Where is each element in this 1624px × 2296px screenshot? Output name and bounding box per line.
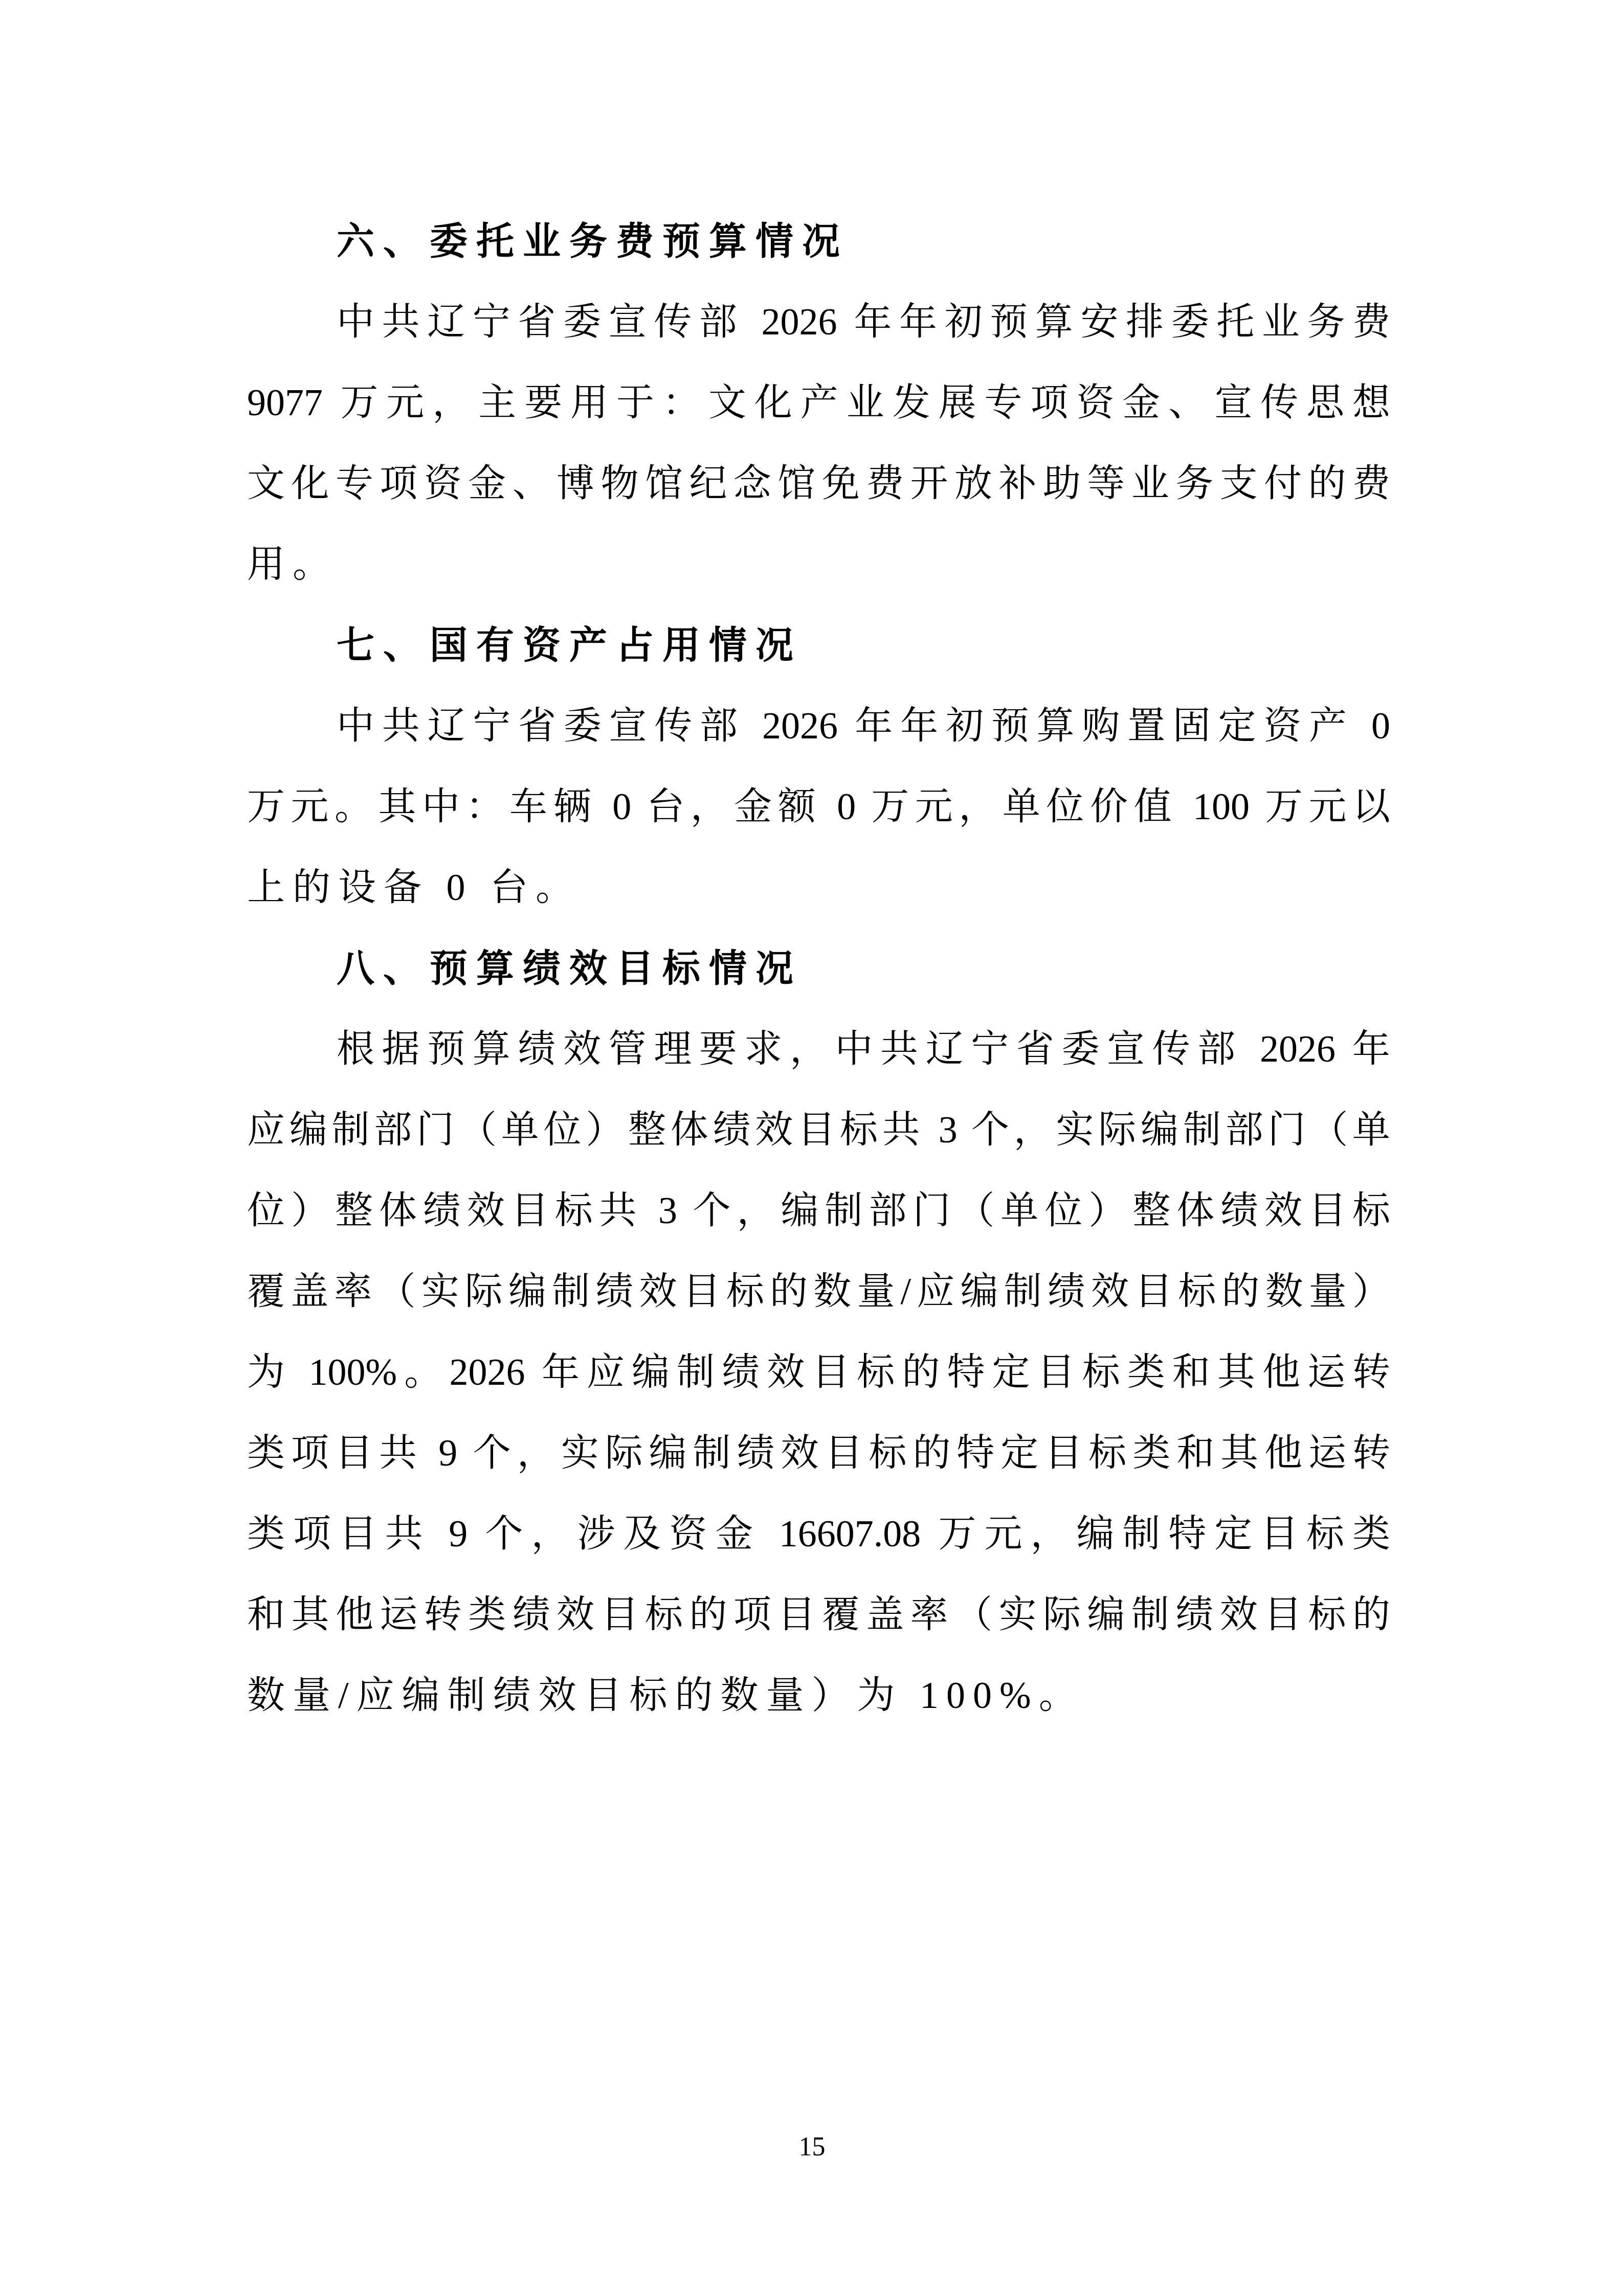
text-line: 根据预算绩效管理要求，中共辽宁省委宣传部 2026 年 (247, 1009, 1390, 1090)
text-line: 文化专项资金、博物馆纪念馆免费开放补助等业务支付的费 (247, 443, 1390, 524)
section-7-heading: 七、国有资产占用情况 (247, 605, 1390, 686)
text-line: 位）整体绩效目标共 3 个，编制部门（单位）整体绩效目标 (247, 1170, 1390, 1251)
text-line: 用。 (247, 524, 1390, 605)
document-page: 六、委托业务费预算情况 中共辽宁省委宣传部 2026 年年初预算安排委托业务费 … (0, 0, 1624, 2296)
text-line: 万元。其中：车辆 0 台，金额 0 万元，单位价值 100 万元以 (247, 767, 1390, 847)
text-line: 应编制部门（单位）整体绩效目标共 3 个，实际编制部门（单 (247, 1090, 1390, 1170)
text-line: 中共辽宁省委宣传部 2026 年年初预算安排委托业务费 (247, 282, 1390, 363)
text-line: 数量/应编制绩效目标的数量）为 100%。 (247, 1655, 1390, 1736)
text-line: 上的设备 0 台。 (247, 847, 1390, 928)
text-line: 类项目共 9 个，涉及资金 16607.08 万元，编制特定目标类 (247, 1494, 1390, 1574)
document-body: 六、委托业务费预算情况 中共辽宁省委宣传部 2026 年年初预算安排委托业务费 … (247, 201, 1390, 1736)
text-line: 覆盖率（实际编制绩效目标的数量/应编制绩效目标的数量） (247, 1251, 1390, 1332)
section-8-heading: 八、预算绩效目标情况 (247, 928, 1390, 1009)
text-line: 类项目共 9 个，实际编制绩效目标的特定目标类和其他运转 (247, 1413, 1390, 1494)
text-line: 为 100%。2026 年应编制绩效目标的特定目标类和其他运转 (247, 1332, 1390, 1413)
section-6-heading: 六、委托业务费预算情况 (247, 201, 1390, 282)
text-line: 9077 万元，主要用于：文化产业发展专项资金、宣传思想 (247, 363, 1390, 443)
text-line: 中共辽宁省委宣传部 2026 年年初预算购置固定资产 0 (247, 686, 1390, 767)
text-line: 和其他运转类绩效目标的项目覆盖率（实际编制绩效目标的 (247, 1574, 1390, 1655)
page-number: 15 (0, 2131, 1624, 2163)
